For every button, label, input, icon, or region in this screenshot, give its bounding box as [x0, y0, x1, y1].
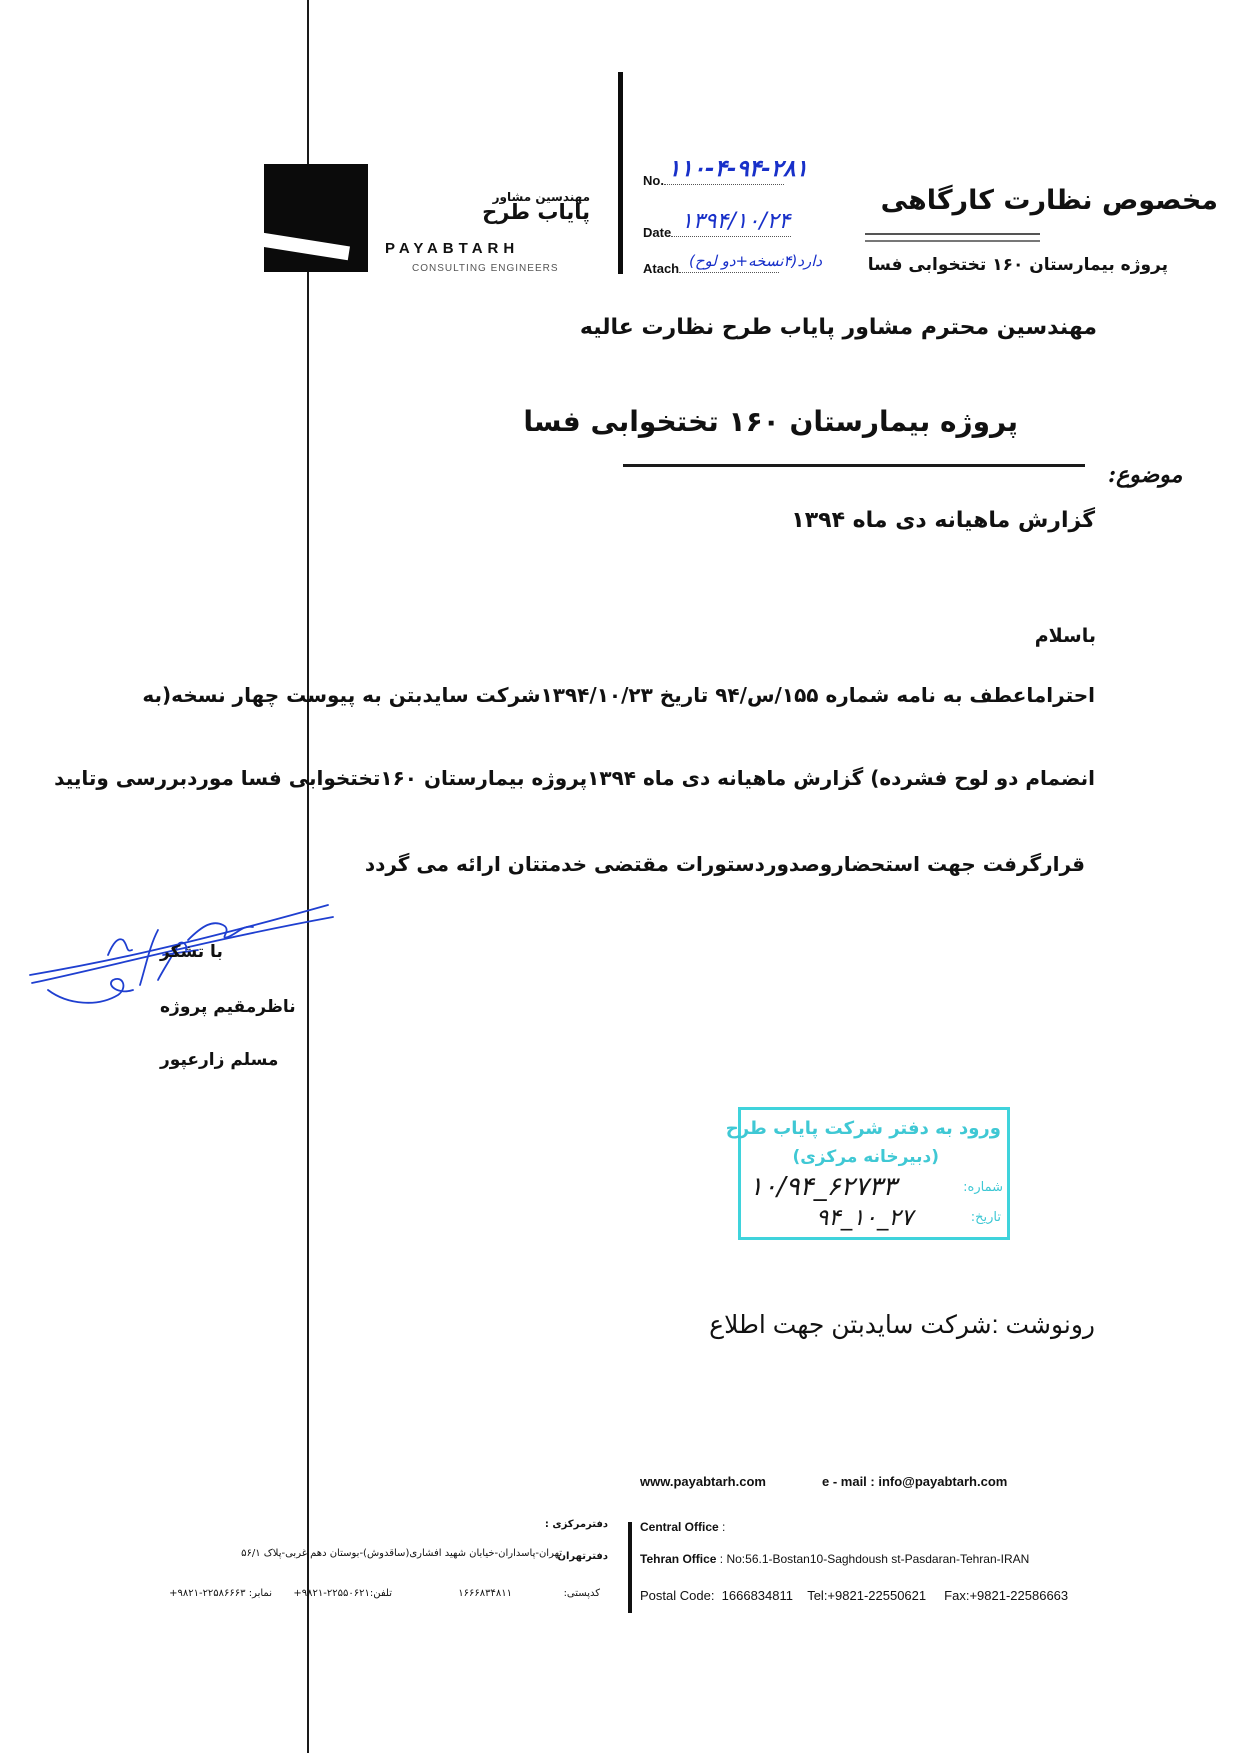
footer-tehran-office-fa: دفترتهران [557, 1551, 608, 1562]
doc-header-title: مخصوص نظارت کارگاهی [881, 185, 1218, 216]
stamp-title: ورود به دفتر شرکت پایاب طرح [726, 1118, 1001, 1139]
footer-tehran-address-fa: تهران-پاسداران-خیابان شهید افشاری(ساقدوش… [241, 1548, 562, 1559]
footer-postal-label-fa: کدپستی: [564, 1588, 600, 1599]
greeting: باسلام [1035, 625, 1096, 647]
doc-header-project: پروژه بیمارستان ۱۶۰ تختخوابی فسا [868, 255, 1168, 275]
stamp-subtitle: (دبیرخانه مرکزی) [792, 1147, 939, 1167]
footer-postal-line-en: Postal Code: 1666834811 Tel:+9821-225506… [640, 1588, 1068, 1603]
subject-text: گزارش ماهیانه دی ماه ۱۳۹۴ [791, 508, 1095, 533]
ref-number-label: No. [643, 173, 664, 188]
recipient: مهندسین محترم مشاور پایاب طرح نظارت عالی… [580, 315, 1097, 340]
subject-label: موضوع: [1108, 462, 1182, 488]
stamp-date-value: ۹۴_۱۰_۲۷ [816, 1205, 913, 1231]
logo-name-en: PAYABTARH [385, 240, 519, 257]
ref-date-label: Date [643, 225, 671, 240]
ref-date-field: Date ۱۳۹۴/۱۰/۲۴ [643, 222, 791, 241]
footer-divider [628, 1522, 632, 1613]
project-title: پروژه بیمارستان ۱۶۰ تختخوابی فسا [523, 405, 1018, 438]
header-underline [865, 233, 1040, 235]
company-logo-icon [264, 164, 368, 272]
ref-number-field: No. ۱۱۰-۴-۹۴-۲۸۱ [643, 170, 784, 189]
footer-fax-fa: نمابر: ۲۲۵۸۶۶۶۳-۹۸۲۱+ [169, 1588, 272, 1599]
tehran-office-label: Tehran Office [640, 1552, 716, 1566]
project-title-underline [623, 464, 1085, 467]
registry-stamp: ورود به دفتر شرکت پایاب طرح (دبیرخانه مر… [738, 1107, 1010, 1240]
footer-email-link[interactable]: e - mail : info@payabtarh.com [822, 1474, 1007, 1489]
central-office-label: Central Office [640, 1520, 719, 1534]
ref-number-value: ۱۱۰-۴-۹۴-۲۸۱ [668, 156, 808, 182]
body-line: احتراماعطف به نامه شماره ۱۵۵/س/۹۴ تاریخ … [142, 683, 1095, 707]
footer-website-link[interactable]: www.payabtarh.com [640, 1474, 766, 1489]
footer-tehran-office-en: Tehran Office : No:56.1-Bostan10-Saghdou… [640, 1552, 1029, 1566]
ref-attach-label: Atach [643, 261, 679, 276]
ref-date-value: ۱۳۹۴/۱۰/۲۴ [681, 209, 790, 234]
carbon-copy: رونوشت :شرکت سایدبتن جهت اطلاع [709, 1310, 1095, 1340]
footer-postal-value-fa: ۱۶۶۶۸۳۴۸۱۱ [458, 1588, 512, 1599]
stamp-number-value: ۱۰/۹۴_۶۲۷۳۳ [749, 1172, 896, 1202]
logo-subtitle-en: CONSULTING ENGINEERS [412, 263, 559, 274]
body-line: قرارگرفت جهت استحضاروصدوردستورات مقتضی خ… [365, 852, 1085, 876]
footer-tel-fa: تلفن:۲۲۵۵۰۶۲۱-۹۸۲۱+ [293, 1588, 392, 1599]
header-divider-bar [618, 72, 623, 274]
footer-central-office-fa: دفترمرکزی : [545, 1519, 608, 1530]
tehran-office-address: : No:56.1-Bostan10-Saghdoush st-Pasdaran… [716, 1552, 1029, 1566]
signer-name: مسلم زارعپور [160, 1050, 278, 1070]
body-line: انضمام دو لوح فشرده) گزارش ماهیانه دی ما… [54, 766, 1095, 790]
footer-central-office-en: Central Office : [640, 1520, 725, 1534]
ref-attach-value: دارد(۴نسخه+دو لوح) [689, 252, 822, 270]
closing: با تشکر [160, 942, 223, 962]
logo-name-fa: پایاب طرح [430, 200, 590, 224]
header-underline [865, 240, 1040, 242]
signer-title: ناظرمقیم پروژه [160, 997, 296, 1017]
ref-attach-field: Atach دارد(۴نسخه+دو لوح) [643, 258, 779, 277]
stamp-date-label: تاریخ: [971, 1210, 1001, 1225]
stamp-number-label: شماره: [963, 1180, 1003, 1195]
